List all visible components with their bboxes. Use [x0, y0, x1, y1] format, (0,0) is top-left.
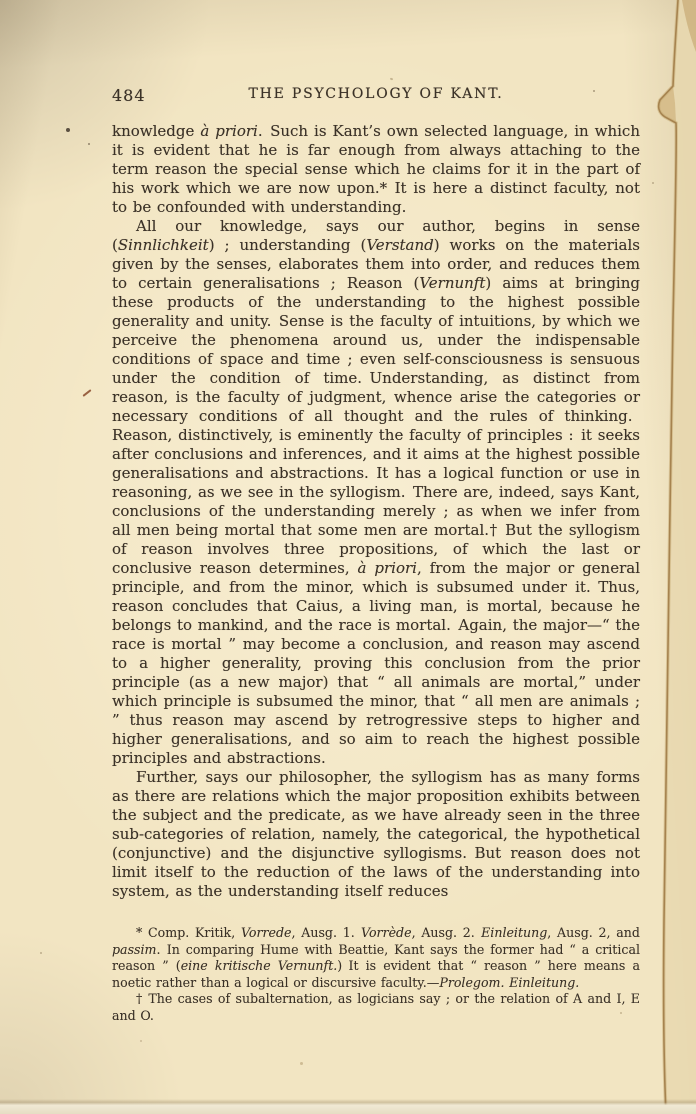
footnotes: * Comp. Kritik, Vorrede, Ausg. 1. Vorrèd…	[112, 925, 640, 1024]
italic-text-segment: Einleitung	[481, 925, 547, 940]
text-segment: * Comp. Kritik,	[136, 925, 241, 940]
paper-speck	[390, 78, 394, 81]
text-segment: † The cases of subalternation, as logici…	[112, 991, 640, 1023]
paragraph: All our knowledge, says our author, begi…	[112, 217, 640, 768]
tear-line-halo	[659, 0, 678, 1114]
torn-page-edge-graphic	[632, 0, 696, 1114]
italic-text-segment: à priori	[358, 559, 417, 577]
page-content: 484 THE PSYCHOLOGY OF KANT. knowledge à …	[112, 86, 640, 1024]
italic-text-segment: Vernunft	[419, 274, 485, 292]
paper-speck	[40, 952, 42, 954]
paper-speck	[88, 143, 90, 145]
page-number: 484	[112, 86, 146, 105]
text-segment: , from the major or general principle, a…	[112, 559, 640, 767]
paragraph: knowledge à priori. Such is Kant’s own s…	[112, 122, 640, 217]
text-segment: , Ausg. 2.	[412, 925, 482, 940]
text-segment: Further, says our philosopher, the syllo…	[112, 768, 640, 900]
pen-mark	[82, 389, 91, 397]
running-title: THE PSYCHOLOGY OF KANT.	[112, 86, 640, 102]
italic-text-segment: Prolegom. Einleitung.	[439, 975, 579, 990]
italic-text-segment: Vorrede	[241, 925, 292, 940]
paper-speck	[140, 1040, 142, 1042]
page-bottom-edge	[0, 1099, 696, 1114]
text-segment: , Ausg. 1.	[291, 925, 361, 940]
scanned-page: 484 THE PSYCHOLOGY OF KANT. knowledge à …	[0, 0, 696, 1114]
paper-speck	[300, 1062, 303, 1065]
paper-speck	[66, 128, 70, 132]
footnote: † The cases of subalternation, as logici…	[112, 991, 640, 1024]
body-text: knowledge à priori. Such is Kant’s own s…	[112, 122, 640, 901]
footnote: * Comp. Kritik, Vorrede, Ausg. 1. Vorrèd…	[112, 925, 640, 991]
italic-text-segment: passim	[112, 942, 156, 957]
tear-line	[659, 0, 678, 1114]
text-segment: knowledge	[112, 122, 200, 140]
text-segment: ) aims at bringing these products of the…	[112, 274, 640, 577]
paper-speck	[652, 182, 654, 184]
text-segment: ) ; understanding (	[209, 236, 367, 254]
paragraph: Further, says our philosopher, the syllo…	[112, 768, 640, 901]
text-segment: , Ausg. 2, and	[547, 925, 640, 940]
page-header: 484 THE PSYCHOLOGY OF KANT.	[112, 86, 640, 106]
italic-text-segment: à priori	[200, 122, 257, 140]
italic-text-segment: Vorrède	[361, 925, 412, 940]
tear-notch-shade	[659, 86, 676, 123]
page-under-sliver	[682, 0, 696, 52]
torn-edge-fill	[659, 0, 696, 1114]
italic-text-segment: Verstand	[366, 236, 433, 254]
italic-text-segment: Sinnlichkeit	[118, 236, 209, 254]
italic-text-segment: eine kritische Vernunft.	[181, 958, 338, 973]
